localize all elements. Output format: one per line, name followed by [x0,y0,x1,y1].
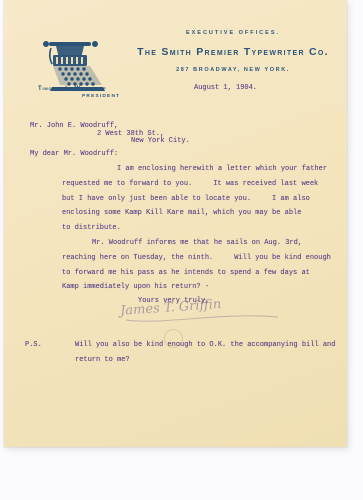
postscript-label: P.S. [25,341,42,349]
officer-block: Timothy L. Woodruff PRESIDENT [38,86,148,99]
postscript-line: Will you also be kind enough to O.K. the… [75,341,335,349]
body-line: I am enclosing herewith a letter which y… [62,164,347,179]
salutation: My dear Mr. Woodruff: [30,150,118,158]
typewriter-icon [40,38,110,92]
body-line: enclosing some Kamp Kill Kare mail, whic… [62,208,347,223]
company-name: The Smith Premier Typewriter Co. [122,46,344,58]
recipient-city: New York City. [131,137,190,145]
executive-offices-label: EXECUTIVE OFFICES. [122,30,344,36]
body-line: but I have only just been able to locate… [62,194,347,209]
date-line: August 1, 1904. [194,84,257,92]
postscript-line: return to me? [75,356,130,364]
body-paragraph-1: I am enclosing herewith a letter which y… [62,164,347,238]
body-line: requested me to forward to you. It was r… [62,179,347,194]
body-paragraph-2: Mr. Woodruff informs me that he sails on… [62,238,347,297]
body-line: to distribute. [62,223,347,238]
officer-name: Timothy L. Woodruff [38,86,148,92]
letter-paper: EXECUTIVE OFFICES. The Smith Premier Typ… [4,0,347,447]
officer-title: PRESIDENT [38,94,148,99]
signature-flourish [122,308,282,326]
body-line: Mr. Woodruff informs me that he sails on… [62,238,347,253]
body-line: to forward me his pass as he intends to … [62,268,347,283]
body-line: Kamp immediately upon his return? - [62,282,347,297]
letter-scan-page: { "document_type": "typed business lette… [0,0,363,500]
company-address: 287 BROADWAY, NEW YORK. [122,67,344,73]
body-line: reaching here on Tuesday, the ninth. Wil… [62,253,347,268]
letterhead: EXECUTIVE OFFICES. The Smith Premier Typ… [122,30,344,73]
